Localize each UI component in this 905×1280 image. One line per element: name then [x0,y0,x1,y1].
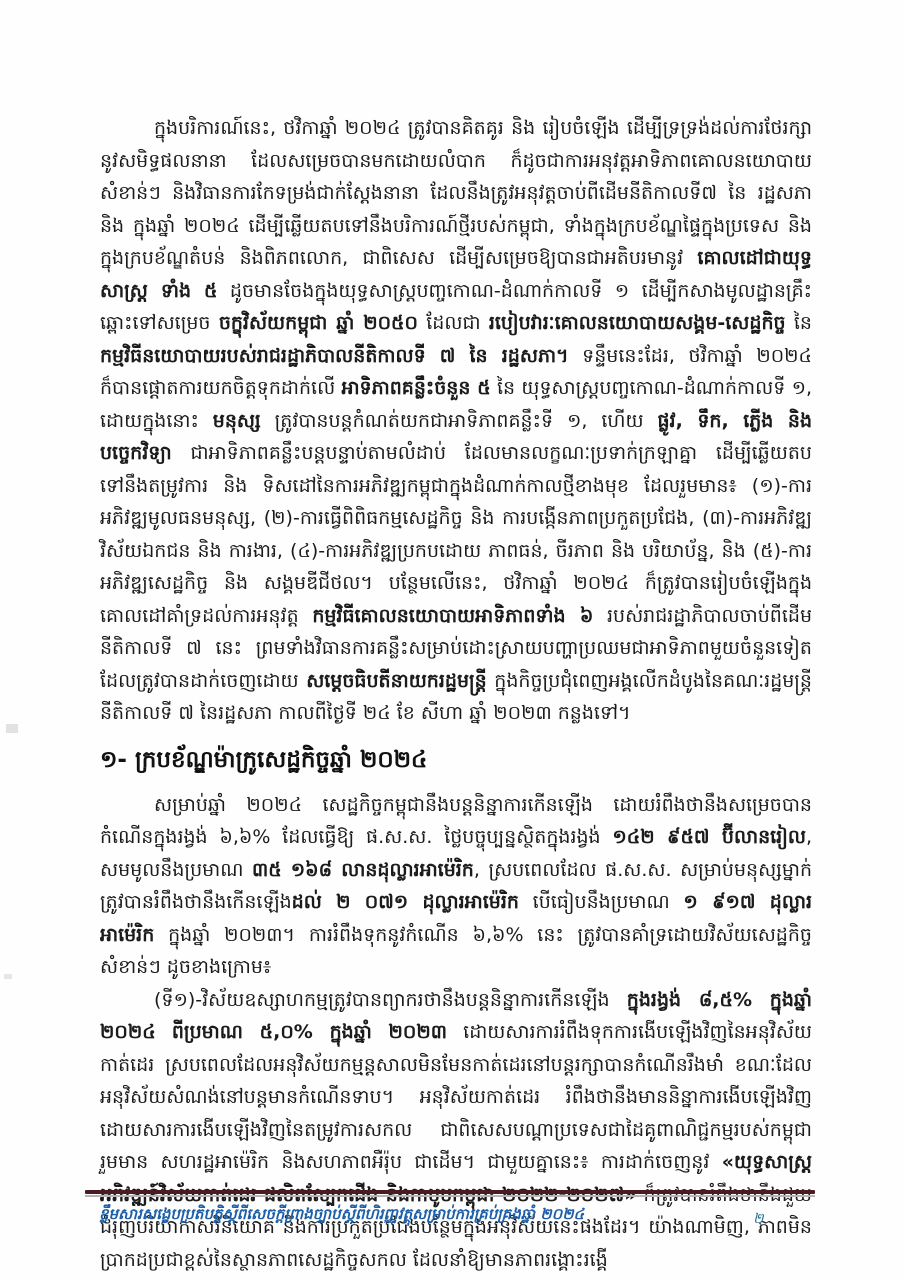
bold-text-run: របៀបវារៈគោលនយោបាយសង្គម-សេដ្ឋកិច្ច [489,312,786,334]
macro-framework-paragraph: សម្រាប់ឆ្នាំ ២០២៤ សេដ្ឋកិច្ចកម្ពុជានឹងបន… [100,789,812,984]
bold-text-run: ពីប្រមាណ ៥,០% ក្នុងឆ្នាំ ២០២៣ [172,1021,447,1043]
bold-text-run: កម្មវិធីគោលនយោបាយអាទិភាពទាំង ៦ [312,605,593,627]
scan-artifact [6,724,18,733]
scan-artifact [4,974,12,979]
bold-text-run: ១៤២ ៩៥៧ ប៊ីលានរៀល [612,826,806,848]
bold-text-run: ចក្ខុវិស័យកម្ពុជា ឆ្នាំ ២០៥០ [219,312,418,334]
text-run: (ទី១)-វិស័យឧស្សាហកម្មត្រូវបានព្យាករថានឹង… [154,989,627,1011]
text-run: បើធៀបនឹងប្រមាណ [519,891,683,913]
document-page: ក្នុងបរិការណ៍នេះ, ថវិកាឆ្នាំ ២០២៤ ត្រូវប… [0,0,905,1280]
text-run: ដែលជា [418,312,489,334]
page-number: ២ [753,1209,764,1230]
text-run: ក្នុងឆ្នាំ ២០២៣។ ការរំពឹងទុកនូវកំណើន ៦,៦… [100,924,812,979]
page-footer: ខ្លឹមសារសង្ខេបប្រតិបត្តិស្ដីពីសេចក្ដីព្រ… [85,1190,815,1235]
bold-text-run: មនុស្ស [213,410,261,432]
bold-text-run: កម្មវិធីនយោបាយរបស់រាជរដ្ឋាភិបាលនីតិកាលទី… [100,345,569,367]
bold-text-run: ដល់ ២ ០៧១ ដុល្លារអាម៉េរិក [292,891,519,913]
text-run [156,1021,172,1043]
footer-rule-thick [85,1190,815,1194]
footer-document-title: ខ្លឹមសារសង្ខេបប្រតិបត្តិស្ដីពីសេចក្ដីព្រ… [99,1205,584,1227]
text-run: ត្រូវបានបន្តកំណត់យកជាអាទិភាពគន្លឹះទី ១, … [261,410,658,432]
text-run: នៃ [786,312,812,334]
footer-row: ខ្លឹមសារសង្ខេបប្រតិបត្តិស្ដីពីសេចក្ដីព្រ… [85,1205,815,1235]
bold-text-run: អាទិភាពគន្លឹះចំនួន ៥ [341,377,490,399]
intro-paragraph: ក្នុងបរិការណ៍នេះ, ថវិកាឆ្នាំ ២០២៤ ត្រូវប… [100,112,812,730]
document-body: ក្នុងបរិការណ៍នេះ, ថវិកាឆ្នាំ ២០២៤ ត្រូវប… [100,112,812,1276]
text-run: ជាអាទិភាពគន្លឹះបន្តបន្ទាប់តាមលំដាប់ ដែលម… [100,442,812,627]
text-run: ដោយសារការរំពឹងទុកការងើបឡើងវិញនៃអនុវិស័យក… [100,1021,812,1173]
bold-text-run: សម្ដេចធិបតីនាយករដ្ឋមន្ត្រី [306,670,487,692]
section-heading-macro-framework: ១- ក្របខ័ណ្ឌម៉ាក្រូសេដ្ឋកិច្ចឆ្នាំ ២០២៤ [100,746,812,779]
footer-rule-thin [85,1195,815,1197]
bold-text-run: ៣៥ ១៦៨ លានដុល្លារអាម៉េរិក [252,859,474,881]
